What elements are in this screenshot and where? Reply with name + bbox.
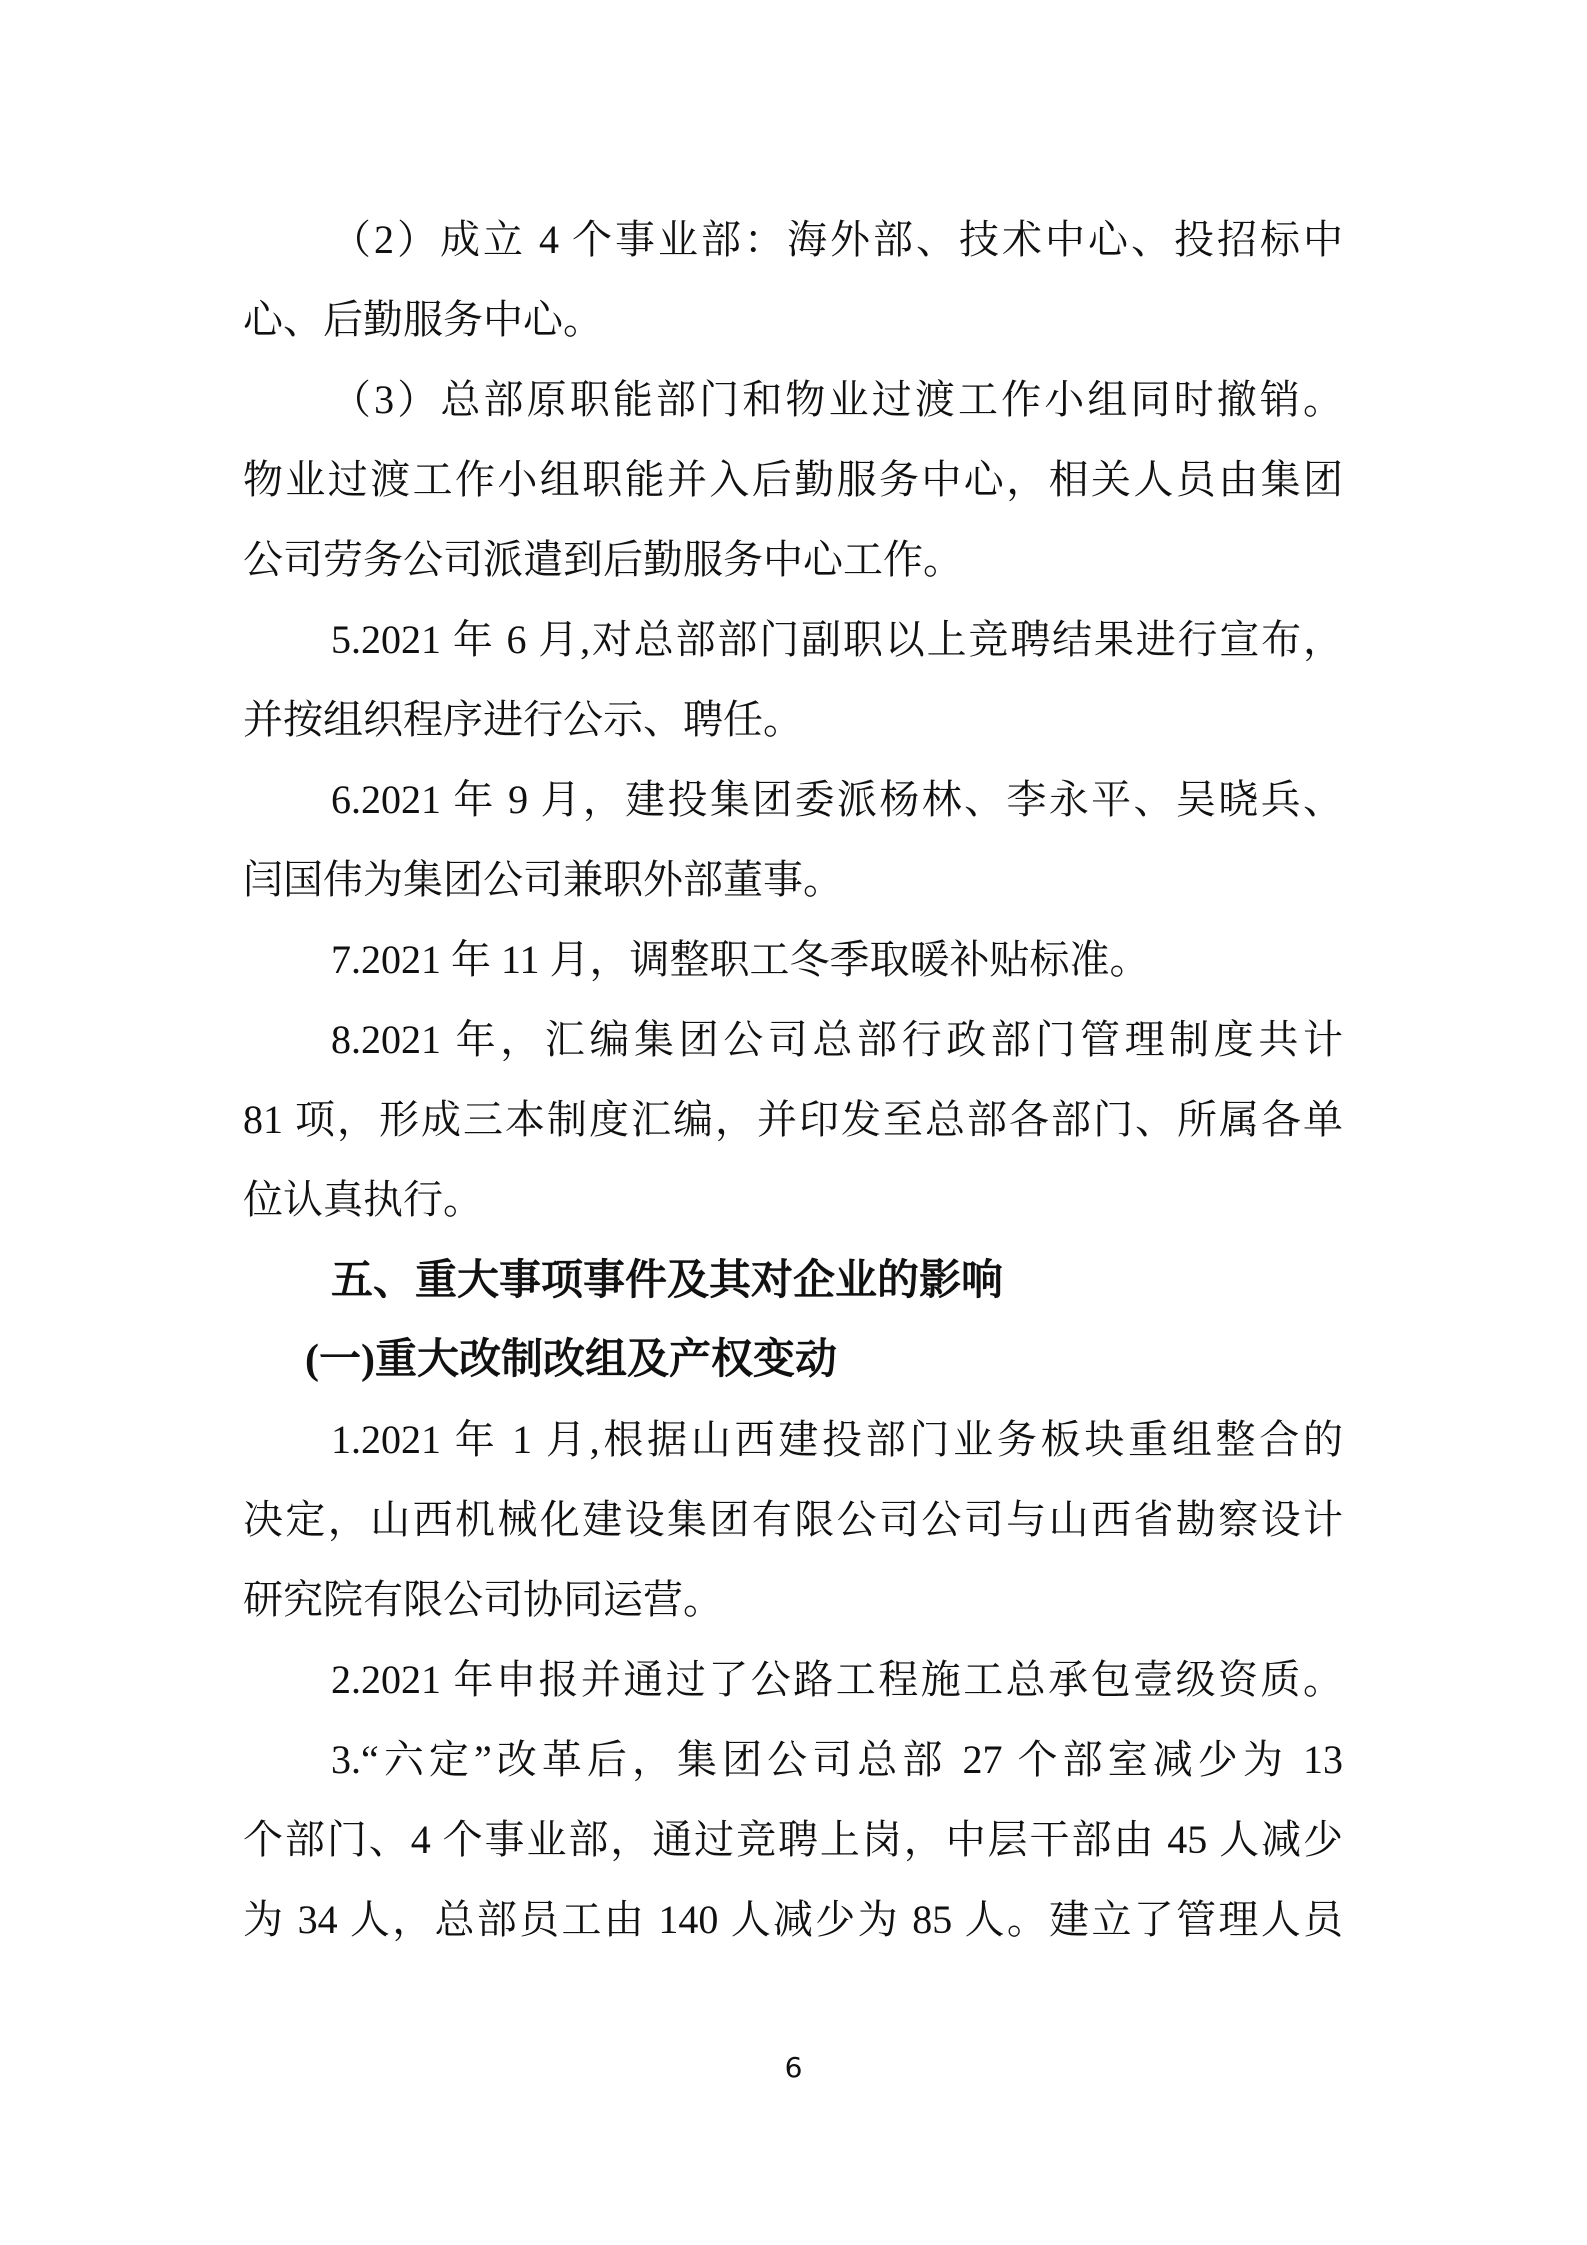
text-line: 心、后勤服务中心。 <box>243 280 1343 360</box>
text-line: 7.2021 年 11 月，调整职工冬季取暖补贴标准。 <box>243 920 1343 1000</box>
text-line: 物业过渡工作小组职能并入后勤服务中心，相关人员由集团 <box>243 440 1343 520</box>
text-line: 公司劳务公司派遣到后勤服务中心工作。 <box>243 520 1343 600</box>
text-line: 研究院有限公司协同运营。 <box>243 1560 1343 1640</box>
text-line: 3.“六定”改革后，集团公司总部 27 个部室减少为 13 <box>243 1720 1343 1800</box>
text-line: 1.2021 年 1 月,根据山西建投部门业务板块重组整合的 <box>243 1400 1343 1480</box>
text-line: 个部门、4 个事业部，通过竞聘上岗，中层干部由 45 人减少 <box>243 1800 1343 1880</box>
text-line: 并按组织程序进行公示、聘任。 <box>243 680 1343 760</box>
text-line: 81 项，形成三本制度汇编，并印发至总部各部门、所属各单 <box>243 1080 1343 1160</box>
page-content: （2）成立 4 个事业部：海外部、技术中心、投招标中 心、后勤服务中心。 （3）… <box>243 200 1343 1960</box>
text-line: 8.2021 年，汇编集团公司总部行政部门管理制度共计 <box>243 1000 1343 1080</box>
text-line: 5.2021 年 6 月,对总部部门副职以上竞聘结果进行宣布， <box>243 600 1343 680</box>
document-page: （2）成立 4 个事业部：海外部、技术中心、投招标中 心、后勤服务中心。 （3）… <box>0 0 1587 2245</box>
text-line: （2）成立 4 个事业部：海外部、技术中心、投招标中 <box>243 200 1343 280</box>
text-line: 为 34 人，总部员工由 140 人减少为 85 人。建立了管理人员 <box>243 1880 1343 1960</box>
page-number: 6 <box>0 2048 1587 2088</box>
subsection-heading: (一)重大改制改组及产权变动 <box>243 1320 1343 1400</box>
text-line: 6.2021 年 9 月，建投集团委派杨林、李永平、吴晓兵、 <box>243 760 1343 840</box>
text-line: 2.2021 年申报并通过了公路工程施工总承包壹级资质。 <box>243 1640 1343 1720</box>
text-line: 决定，山西机械化建设集团有限公司公司与山西省勘察设计 <box>243 1480 1343 1560</box>
text-line: 闫国伟为集团公司兼职外部董事。 <box>243 840 1343 920</box>
section-heading: 五、重大事项事件及其对企业的影响 <box>243 1240 1343 1320</box>
text-line: 位认真执行。 <box>243 1160 1343 1240</box>
text-line: （3）总部原职能部门和物业过渡工作小组同时撤销。 <box>243 360 1343 440</box>
